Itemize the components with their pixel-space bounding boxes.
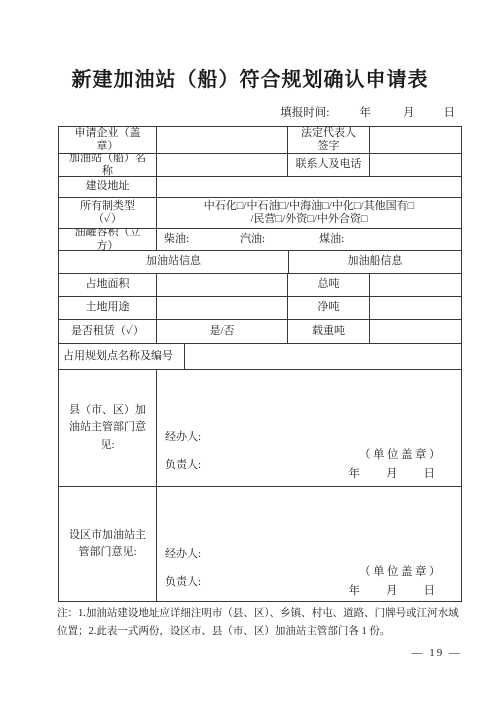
station-name-value-cell [156,154,287,176]
land-use-value-cell [156,297,287,319]
date-month: 月 [386,467,398,481]
city-opinion-label: 设区市加油站主 管部门意见: [59,487,156,601]
legal-rep-label: 法定代表人 签字 [287,127,369,153]
row-section-headers: 加油站信息 加油船信息 [59,250,461,273]
row-tank-volume: 油罐容积（立 方） 柴油: 汽油: 煤油: [59,228,461,250]
row-county-opinion: 县（市、区）加 油站主管部门意 见: 经办人: 负责人: （单位盖章） 年 月 … [59,369,461,486]
form-title: 新建加油站（船）符合规划确认申请表 [0,63,500,92]
handler-label: 经办人: [165,547,201,561]
fill-date-line: 填报时间: 年 月 日 [280,104,455,120]
lease-label: 是否租赁（✓） [59,320,156,343]
application-form-table: 申请企业（盖 章） 法定代表人 签字 加油站（船）名 称 联系人及电话 建设地址… [58,126,462,602]
date-year: 年 [349,467,361,481]
row-lease: 是否租赁（✓） 是/否 载重吨 [59,319,461,343]
row-city-opinion: 设区市加油站主 管部门意见: 经办人: 负责人: （单位盖章） 年 月 日 [59,486,461,601]
gross-tonnage-label: 总吨 [287,274,369,296]
address-value-cell [156,177,461,197]
fill-date-year: 年 [360,104,372,120]
net-tonnage-label: 净吨 [287,297,369,319]
deadweight-value-cell [369,320,461,343]
date-month: 月 [386,584,398,598]
planning-point-value-cell [184,344,461,369]
planning-point-label: 占用规划点名称及编号 [59,344,184,369]
row-applicant: 申请企业（盖 章） 法定代表人 签字 [59,127,461,153]
station-info-header: 加油站信息 [59,251,288,273]
row-area: 占地面积 总吨 [59,273,461,296]
row-ownership: 所有制类型 （✓） 中石化□/中石油□/中海油□/中化□/其他国有□ /民营□/… [59,197,461,228]
address-label: 建设地址 [59,177,156,197]
fill-date-day: 日 [444,104,456,120]
document-page: 新建加油站（船）符合规划确认申请表 填报时间: 年 月 日 申请企业（盖 章） … [0,0,500,707]
row-planning-point: 占用规划点名称及编号 [59,343,461,369]
tank-gasoline-label: 汽油: [240,233,265,246]
land-use-label: 土地用途 [59,297,156,319]
area-value-cell [156,274,287,296]
tank-volume-fields: 柴油: 汽油: 煤油: [156,229,461,250]
date-day: 日 [424,584,436,598]
county-opinion-label: 县（市、区）加 油站主管部门意 见: [59,370,156,486]
ownership-label: 所有制类型 （✓） [59,198,156,228]
row-land-use: 土地用途 净吨 [59,296,461,319]
applicant-value-cell [156,127,287,153]
fill-date-label: 填报时间: [280,104,329,120]
contact-value-cell [369,154,461,176]
lease-options: 是/否 [156,320,287,343]
unit-seal-label: （单位盖章） [359,448,443,462]
county-handler-block: 经办人: 负责人: [165,416,201,486]
row-station-name: 加油站（船）名 称 联系人及电话 [59,153,461,176]
ship-info-header: 加油船信息 [288,251,461,273]
gross-tonnage-value-cell [369,274,461,296]
contact-label: 联系人及电话 [287,154,369,176]
station-name-label: 加油站（船）名 称 [59,154,156,176]
footnote: 注：1.加油站建设地址应详细注明市（县、区）、乡镇、村屯、道路、门牌号或江河水域… [57,605,465,640]
date-day: 日 [424,467,436,481]
fill-date-month: 月 [403,104,415,120]
legal-rep-value-cell [369,127,461,153]
principal-label: 负责人: [165,575,201,589]
page-number: — 19 — [412,647,463,659]
city-handler-block: 经办人: 负责人: [165,533,201,601]
ownership-options: 中石化□/中石油□/中海油□/中化□/其他国有□ /民营□/外资□/中外合资□ [156,198,461,228]
county-opinion-area: 经办人: 负责人: （单位盖章） 年 月 日 [156,370,461,486]
city-opinion-area: 经办人: 负责人: （单位盖章） 年 月 日 [156,487,461,601]
tank-diesel-label: 柴油: [164,233,189,246]
tank-kerosene-label: 煤油: [319,233,344,246]
deadweight-label: 载重吨 [287,320,369,343]
handler-label: 经办人: [165,430,201,444]
unit-seal-label: （单位盖章） [359,565,443,579]
city-opinion-date: 年 月 日 [349,584,436,598]
county-opinion-date: 年 月 日 [349,467,436,481]
date-year: 年 [349,584,361,598]
applicant-label: 申请企业（盖 章） [59,127,156,153]
row-address: 建设地址 [59,176,461,197]
tank-volume-label: 油罐容积（立 方） [59,229,156,250]
principal-label: 负责人: [165,458,201,472]
area-label: 占地面积 [59,274,156,296]
net-tonnage-value-cell [369,297,461,319]
